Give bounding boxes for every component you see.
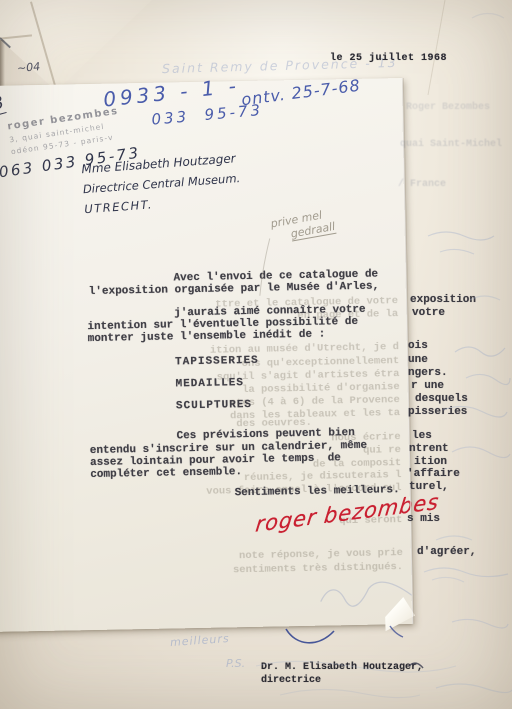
body-line-tapisseries: TAPISSERIES (175, 355, 259, 369)
ghost-text: qui re (363, 444, 401, 457)
ghost-text: sentiments très distingués. (233, 561, 403, 576)
ghost-text: note réponse, je vous prie (239, 547, 403, 562)
ghost-address-line: Roger Bezombes (406, 102, 490, 113)
base-letter-fragment: exposition (410, 294, 476, 306)
base-letter-fragment: ois (408, 340, 428, 352)
overlay-reply-sheet: roger bezombes 3, quai saint-michel odéo… (0, 78, 412, 632)
base-letter-fragment: 'affaire (407, 468, 460, 480)
typed-date: le 25 juillet 1968 (330, 53, 447, 65)
recipient-block: Mme Elisabeth Houtzager Directrice Centr… (81, 151, 242, 216)
recipient-city: UTRECHT. (84, 191, 242, 216)
ghost-address-line: / France (398, 179, 446, 190)
base-letter-fragment: votre (412, 307, 445, 319)
margin-figure: 3 (0, 93, 7, 116)
base-letter-fragment: ition (414, 456, 447, 468)
body-line: compléter cet ensemble. (90, 466, 242, 481)
body-line-medailles: MEDAILLES (175, 377, 244, 390)
ghost-address-line: quai Saint-Michel (400, 139, 502, 150)
signoff-name: Dr. M. Elisabeth Houtzager, (261, 662, 423, 674)
base-letter-fragment: ngers. (408, 367, 448, 379)
base-letter-fragment: turel, (409, 481, 449, 493)
base-letter-fragment: les (412, 430, 432, 442)
base-letter-fragment: r une (411, 380, 444, 392)
base-letter-fragment: une (408, 354, 428, 366)
faint-ps-note: P.S. (226, 657, 245, 670)
base-letter-fragment: desquels (415, 393, 468, 405)
body-line-sculptures: SCULPTURES (176, 399, 252, 412)
corner-note: ~04 (16, 60, 40, 75)
base-letter-fragment: s mis (407, 513, 440, 525)
base-letter-fragment: pisseries (408, 406, 467, 418)
received-date-note: ontv. 25-7-68 (240, 76, 361, 110)
base-letter-fragment: d'agréer, (417, 546, 476, 558)
letter-photograph: Saint Remy de Provence - 13 ~04 le 25 ju… (0, 0, 512, 709)
signoff-title: directrice (261, 675, 321, 687)
base-letter-fragment: ntrent (409, 443, 449, 455)
